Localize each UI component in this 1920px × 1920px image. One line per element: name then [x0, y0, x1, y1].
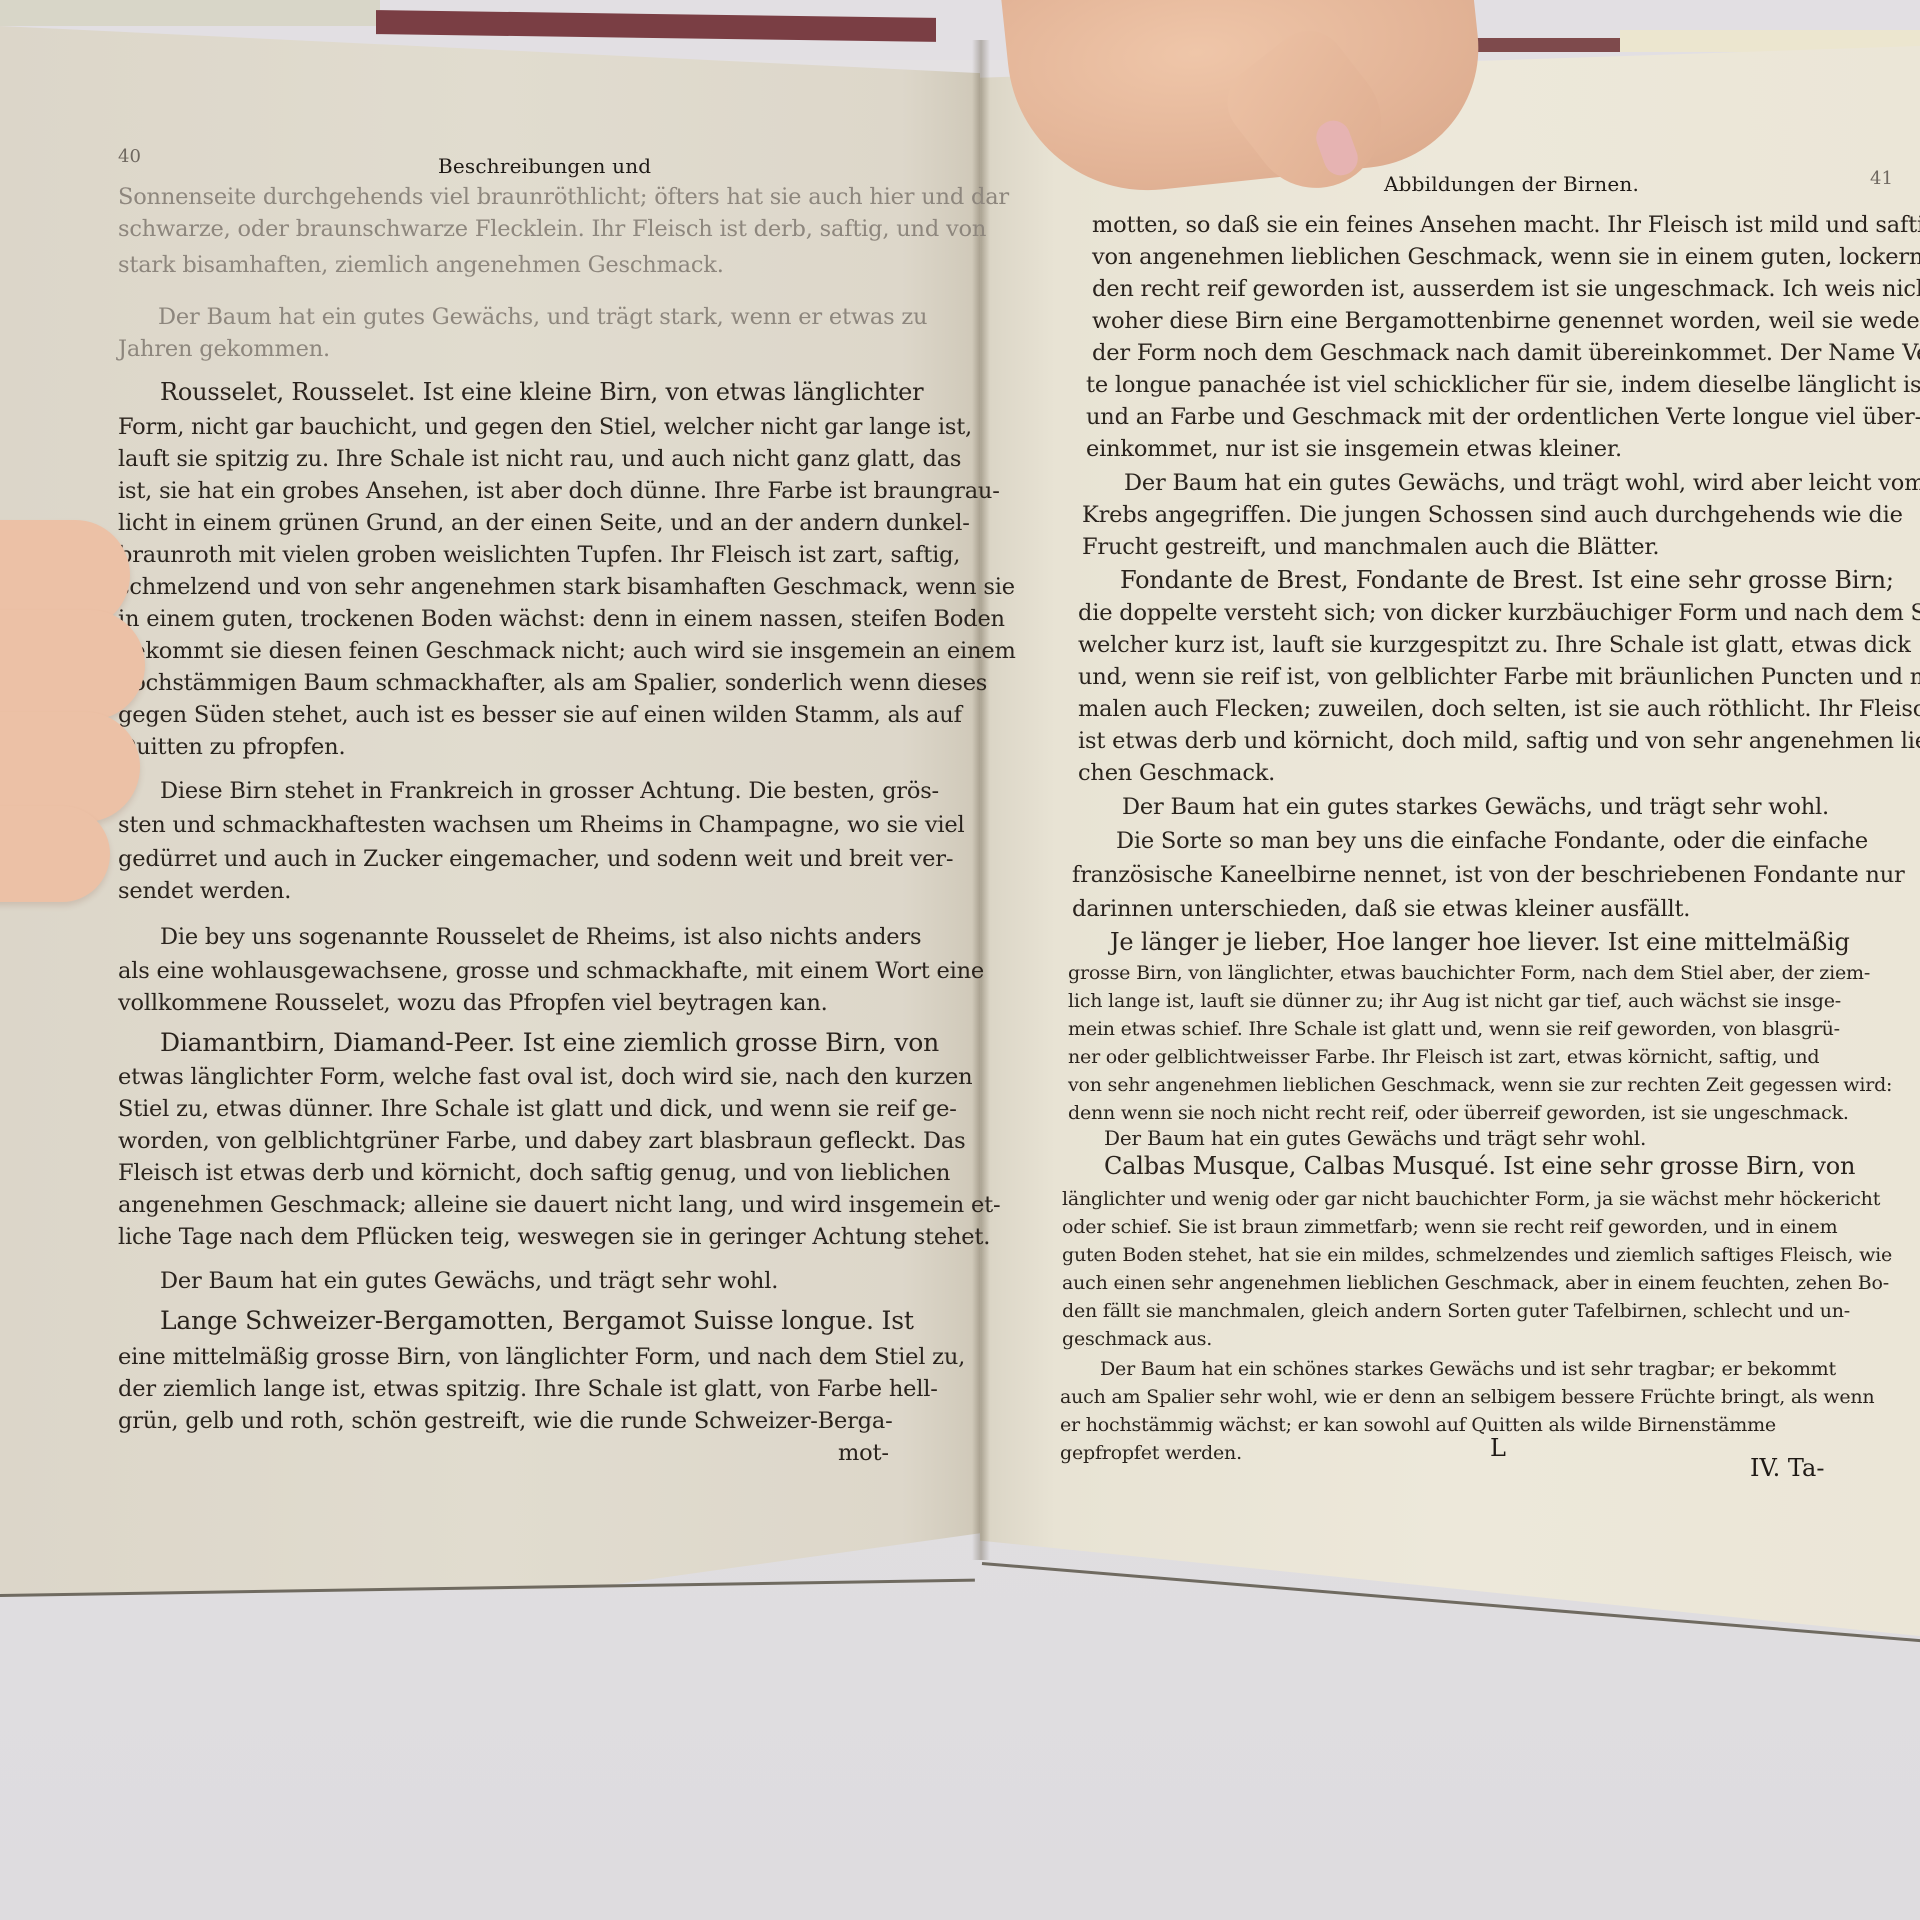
- text-line: der ziemlich lange ist, etwas spitzig. I…: [118, 1378, 938, 1401]
- text-line: te longue panachée ist viel schicklicher…: [1086, 374, 1920, 397]
- text-line: Fleisch ist etwas derb und körnicht, doc…: [118, 1162, 950, 1185]
- text-line: mot-: [838, 1442, 889, 1465]
- text-line: eine mittelmäßig grosse Birn, von längli…: [118, 1346, 965, 1369]
- text-line: schmelzend und von sehr angenehmen stark…: [118, 576, 1015, 599]
- text-line: die doppelte versteht sich; von dicker k…: [1078, 602, 1920, 625]
- text-line: grosse Birn, von länglichter, etwas bauc…: [1068, 964, 1870, 983]
- running-head-left: Beschreibungen und: [438, 154, 651, 178]
- text-line: licht in einem grünen Grund, an der eine…: [118, 512, 970, 535]
- text-line: der Form noch dem Geschmack nach damit ü…: [1092, 342, 1920, 365]
- text-line: gegen Süden stehet, auch ist es besser s…: [118, 704, 962, 727]
- text-line: den fällt sie manchmalen, gleich andern …: [1062, 1302, 1850, 1321]
- text-line: sendet werden.: [118, 880, 291, 903]
- text-line: schwarze, oder braunschwarze Flecklein. …: [118, 218, 986, 241]
- text-line: gepfropfet werden.: [1060, 1444, 1242, 1463]
- text-line: von sehr angenehmen lieblichen Geschmack…: [1068, 1076, 1892, 1095]
- text-line: gedürret und auch in Zucker eingemacher,…: [118, 848, 953, 871]
- heading-je-laenger-je-lieber: Je länger je lieber, Hoe langer hoe liev…: [1110, 930, 1850, 954]
- text-line: bekommt sie diesen feinen Geschmack nich…: [118, 640, 1016, 663]
- text-line: malen auch Flecken; zuweilen, doch selte…: [1078, 698, 1920, 721]
- text-line: guten Boden stehet, hat sie ein mildes, …: [1062, 1246, 1892, 1265]
- text-line: welcher kurz ist, lauft sie kurzgespitzt…: [1078, 634, 1911, 657]
- page-number-right: 41: [1870, 168, 1893, 189]
- text-line: länglichter und wenig oder gar nicht bau…: [1062, 1190, 1880, 1209]
- page-number-left: 40: [118, 146, 141, 167]
- catchword: IV. Ta-: [1750, 1454, 1824, 1482]
- text-line: Frucht gestreift, und manchmalen auch di…: [1082, 536, 1659, 559]
- text-line: Der Baum hat ein schönes starkes Gewächs…: [1100, 1360, 1836, 1379]
- text-line: ner oder gelblichtweisser Farbe. Ihr Fle…: [1068, 1048, 1819, 1067]
- running-head-right: Abbildungen der Birnen.: [1384, 172, 1639, 196]
- text-line: auch am Spalier sehr wohl, wie er denn a…: [1060, 1388, 1874, 1407]
- text-line: er hochstämmig wächst; er kan sowohl auf…: [1060, 1416, 1776, 1435]
- heading-fondante-de-brest: Fondante de Brest, Fondante de Brest. Is…: [1120, 568, 1894, 592]
- text-line: sten und schmackhaftesten wachsen um Rhe…: [118, 814, 965, 837]
- text-line: Sonnenseite durchgehends viel braunröthl…: [118, 186, 1009, 209]
- signature-mark: L: [1490, 1434, 1506, 1462]
- text-line: chen Geschmack.: [1078, 762, 1275, 785]
- text-line: Jahren gekommen.: [118, 338, 330, 361]
- text-line: liche Tage nach dem Pflücken teig, weswe…: [118, 1226, 990, 1249]
- text-line: Form, nicht gar bauchicht, und gegen den…: [118, 416, 972, 439]
- text-line: ist, sie hat ein grobes Ansehen, ist abe…: [118, 480, 1000, 503]
- text-line: worden, von gelblichtgrüner Farbe, und d…: [118, 1130, 965, 1153]
- text-line: von angenehmen lieblichen Geschmack, wen…: [1092, 246, 1920, 269]
- text-line: stark bisamhaften, ziemlich angenehmen G…: [118, 254, 724, 277]
- heading-rousselet: Rousselet, Rousselet. Ist eine kleine Bi…: [160, 380, 923, 404]
- finger: [0, 610, 145, 720]
- text-line: darinnen unterschieden, daß sie etwas kl…: [1072, 898, 1690, 921]
- heading-calbas-musque: Calbas Musque, Calbas Musqué. Ist eine s…: [1104, 1154, 1855, 1178]
- text-line: braunroth mit vielen groben weislichten …: [118, 544, 960, 567]
- text-line: etwas länglichter Form, welche fast oval…: [118, 1066, 972, 1089]
- book-gutter: [972, 40, 990, 1560]
- text-line: Stiel zu, etwas dünner. Ihre Schale ist …: [118, 1098, 957, 1121]
- text-line: und an Farbe und Geschmack mit der orden…: [1086, 406, 1920, 429]
- text-line: Der Baum hat ein gutes Gewächs, und träg…: [1124, 472, 1920, 495]
- text-line: französische Kaneelbirne nennet, ist von…: [1072, 864, 1905, 887]
- text-line: den recht reif geworden ist, ausserdem i…: [1092, 278, 1920, 301]
- text-line: Quitten zu pfropfen.: [118, 736, 345, 759]
- text-line: lich lange ist, lauft sie dünner zu; ihr…: [1068, 992, 1841, 1011]
- text-line: auch einen sehr angenehmen lieblichen Ge…: [1062, 1274, 1889, 1293]
- text-line: Der Baum hat ein gutes Gewächs, und träg…: [160, 1270, 778, 1293]
- text-line: denn wenn sie noch nicht recht reif, ode…: [1068, 1104, 1849, 1123]
- text-line: woher diese Birn eine Bergamottenbirne g…: [1092, 310, 1920, 333]
- text-line: angenehmen Geschmack; alleine sie dauert…: [118, 1194, 1000, 1217]
- text-line: Die Sorte so man bey uns die einfache Fo…: [1116, 830, 1868, 853]
- finger: [0, 806, 110, 902]
- flyleaf-left: [0, 0, 380, 26]
- text-line: als eine wohlausgewachsene, grosse und s…: [118, 960, 984, 983]
- heading-diamantbirn: Diamantbirn, Diamand-Peer. Ist eine ziem…: [160, 1030, 939, 1055]
- text-line: oder schief. Sie ist braun zimmetfarb; w…: [1062, 1218, 1837, 1237]
- text-line: Die bey uns sogenannte Rousselet de Rhei…: [160, 926, 921, 949]
- text-line: in einem guten, trockenen Boden wächst: …: [118, 608, 1005, 631]
- text-line: hochstämmigen Baum schmackhafter, als am…: [118, 672, 987, 695]
- text-line: Krebs angegriffen. Die jungen Schossen s…: [1082, 504, 1903, 527]
- text-line: einkommet, nur ist sie insgemein etwas k…: [1086, 438, 1622, 461]
- photo-scene: 40 Beschreibungen und Sonnenseite durchg…: [0, 0, 1920, 1920]
- text-line: Diese Birn stehet in Frankreich in gross…: [160, 780, 939, 803]
- text-line: lauft sie spitzig zu. Ihre Schale ist ni…: [118, 448, 961, 471]
- text-line: Der Baum hat ein gutes Gewächs und trägt…: [1104, 1128, 1646, 1148]
- text-line: und, wenn sie reif ist, von gelblichter …: [1078, 666, 1920, 689]
- heading-lange-schweizer-bergamotten: Lange Schweizer-Bergamotten, Bergamot Su…: [160, 1308, 914, 1333]
- text-line: mein etwas schief. Ihre Schale ist glatt…: [1068, 1020, 1840, 1039]
- text-line: grün, gelb und roth, schön gestreift, wi…: [118, 1410, 893, 1433]
- text-line: motten, so daß sie ein feines Ansehen ma…: [1092, 214, 1920, 237]
- text-line: Der Baum hat ein gutes starkes Gewächs, …: [1122, 796, 1829, 819]
- text-line: vollkommene Rousselet, wozu das Pfropfen…: [118, 992, 828, 1015]
- text-line: Der Baum hat ein gutes Gewächs, und träg…: [158, 306, 927, 329]
- text-line: geschmack aus.: [1062, 1330, 1212, 1349]
- text-line: ist etwas derb und körnicht, doch mild, …: [1078, 730, 1920, 753]
